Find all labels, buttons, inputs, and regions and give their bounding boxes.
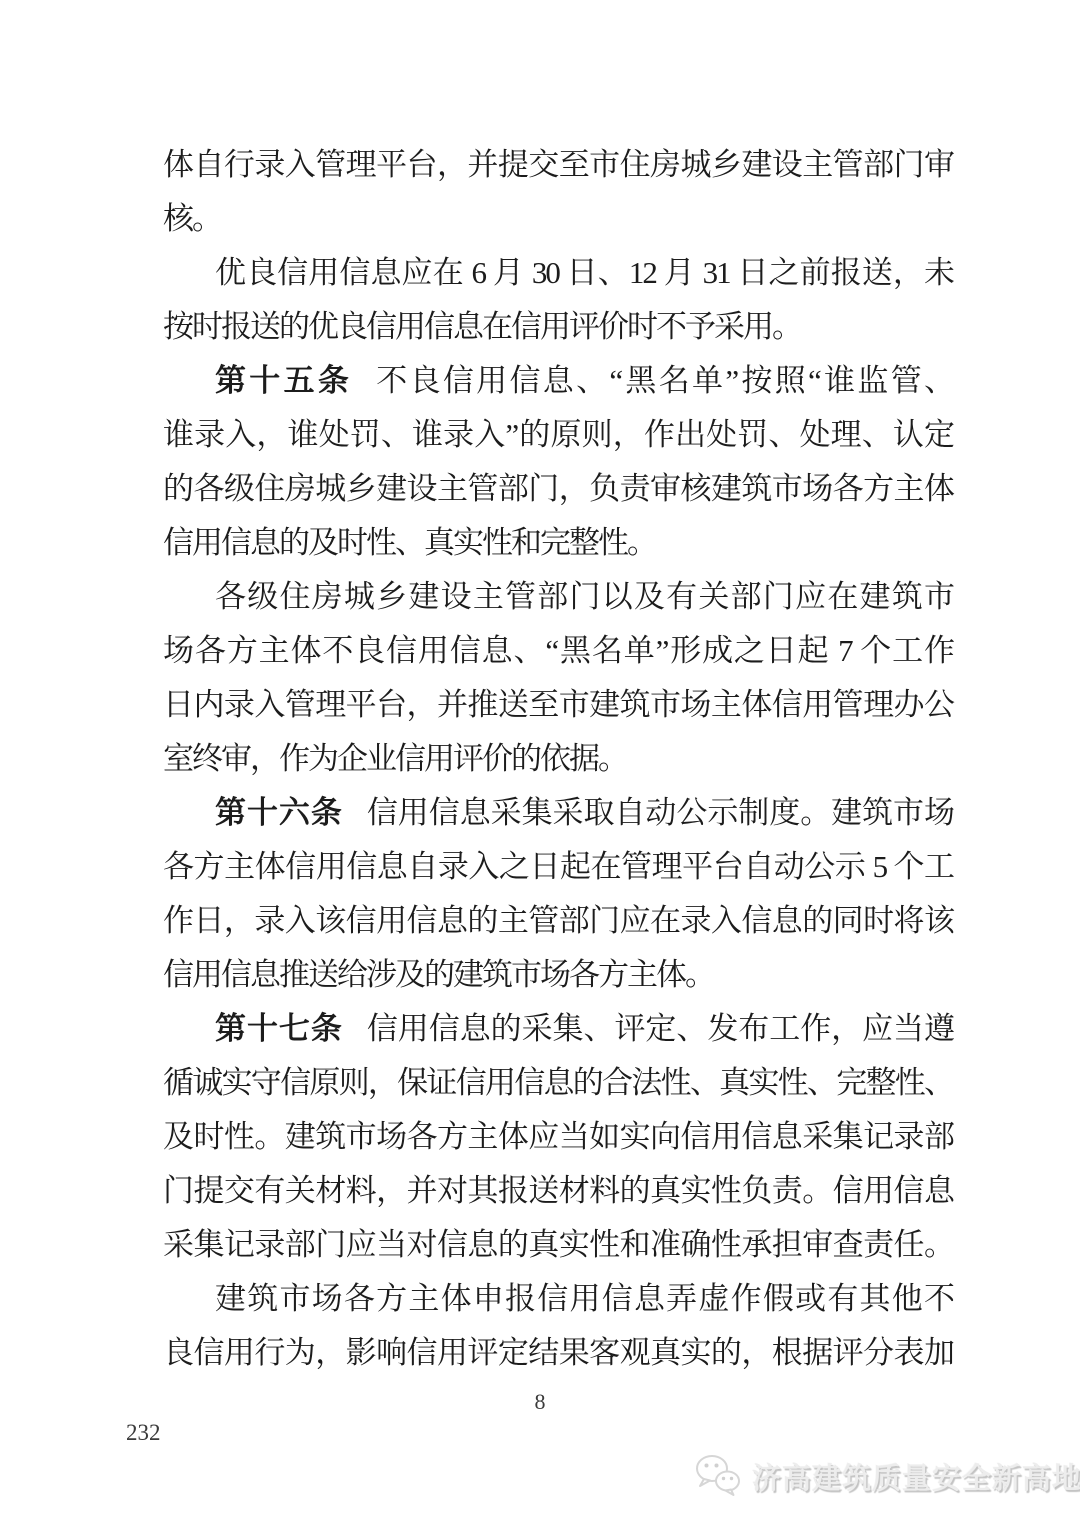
line-text: 信用信息推送给涉及的建筑市场各方主体。 (163, 957, 714, 992)
line-text: 核。 (163, 201, 221, 236)
line-text: 各方主体信用信息自录入之日起在管理平台自动公示 5 个工 (163, 849, 953, 884)
line-text: 门提交有关材料，并对其报送材料的真实性负责。信用信息 (163, 1173, 953, 1208)
line-text: 及时性。建筑市场各方主体应当如实向信用信息采集记录部 (163, 1119, 953, 1154)
text-line: 信用信息的及时性、真实性和完整性。 (163, 516, 953, 570)
watermark: 济高建筑质量安全新高地 (694, 1450, 1080, 1502)
line-text: 按时报送的优良信用信息在信用评价时不予采用。 (163, 309, 801, 344)
line-text: 室终审，作为企业信用评价的依据。 (163, 741, 627, 776)
text-line: 第十六条信用信息采集采取自动公示制度。建筑市场 (163, 786, 953, 840)
text-line: 信用信息推送给涉及的建筑市场各方主体。 (163, 948, 953, 1002)
text-line: 按时报送的优良信用信息在信用评价时不予采用。 (163, 300, 953, 354)
line-text: 不良信用信息、“黑名单”按照“谁监管、 (376, 363, 953, 398)
line-text: 场各方主体不良信用信息、“黑名单”形成之日起 7 个工作 (163, 633, 953, 668)
line-text: 循诚实守信原则，保证信用信息的合法性、真实性、完整性、 (163, 1065, 953, 1100)
article-heading: 第十五条 (215, 363, 352, 398)
line-text: 优良信用信息应在 6 月 30 日、12 月 31 日之前报送，未 (215, 255, 953, 290)
text-line: 第十七条信用信息的采集、评定、发布工作，应当遵 (163, 1002, 953, 1056)
text-line: 各级住房城乡建设主管部门以及有关部门应在建筑市 (163, 570, 953, 624)
line-text: 的各级住房城乡建设主管部门，负责审核建筑市场各方主体 (163, 471, 953, 506)
line-text: 谁录入，谁处罚、谁录入”的原则，作出处罚、处理、认定 (163, 417, 953, 452)
line-text: 作日，录入该信用信息的主管部门应在录入信息的同时将该 (163, 903, 953, 938)
text-line: 采集记录部门应当对信息的真实性和准确性承担审查责任。 (163, 1218, 953, 1272)
document-number: 232 (126, 1420, 161, 1446)
text-line: 场各方主体不良信用信息、“黑名单”形成之日起 7 个工作 (163, 624, 953, 678)
article-heading: 第十六条 (215, 795, 343, 830)
text-line: 作日，录入该信用信息的主管部门应在录入信息的同时将该 (163, 894, 953, 948)
line-text: 良信用行为，影响信用评定结果客观真实的，根据评分表加 (163, 1335, 953, 1370)
text-line: 体自行录入管理平台，并提交至市住房城乡建设主管部门审 (163, 138, 953, 192)
line-text: 体自行录入管理平台，并提交至市住房城乡建设主管部门审 (163, 147, 953, 182)
text-line: 第十五条不良信用信息、“黑名单”按照“谁监管、 (163, 354, 953, 408)
line-text: 各级住房城乡建设主管部门以及有关部门应在建筑市 (215, 579, 953, 614)
watermark-text: 济高建筑质量安全新高地 (752, 1456, 1080, 1497)
text-line: 各方主体信用信息自录入之日起在管理平台自动公示 5 个工 (163, 840, 953, 894)
line-text: 日内录入管理平台，并推送至市建筑市场主体信用管理办公 (163, 687, 953, 722)
text-line: 的各级住房城乡建设主管部门，负责审核建筑市场各方主体 (163, 462, 953, 516)
text-line: 建筑市场各方主体申报信用信息弄虚作假或有其他不 (163, 1272, 953, 1326)
text-line: 室终审，作为企业信用评价的依据。 (163, 732, 953, 786)
text-line: 日内录入管理平台，并推送至市建筑市场主体信用管理办公 (163, 678, 953, 732)
text-line: 优良信用信息应在 6 月 30 日、12 月 31 日之前报送，未 (163, 246, 953, 300)
article-heading: 第十七条 (215, 1011, 343, 1046)
wechat-icon (694, 1453, 744, 1499)
document-body: 体自行录入管理平台，并提交至市住房城乡建设主管部门审核。优良信用信息应在 6 月… (163, 138, 953, 1380)
page-number: 8 (0, 1389, 1080, 1415)
text-line: 谁录入，谁处罚、谁录入”的原则，作出处罚、处理、认定 (163, 408, 953, 462)
text-line: 核。 (163, 192, 953, 246)
document-page: 体自行录入管理平台，并提交至市住房城乡建设主管部门审核。优良信用信息应在 6 月… (0, 0, 1080, 1527)
text-line: 良信用行为，影响信用评定结果客观真实的，根据评分表加 (163, 1326, 953, 1380)
line-text: 信用信息采集采取自动公示制度。建筑市场 (367, 795, 953, 830)
line-text: 建筑市场各方主体申报信用信息弄虚作假或有其他不 (215, 1281, 953, 1316)
line-text: 采集记录部门应当对信息的真实性和准确性承担审查责任。 (163, 1227, 953, 1262)
text-line: 循诚实守信原则，保证信用信息的合法性、真实性、完整性、 (163, 1056, 953, 1110)
line-text: 信用信息的采集、评定、发布工作，应当遵 (367, 1011, 953, 1046)
text-line: 及时性。建筑市场各方主体应当如实向信用信息采集记录部 (163, 1110, 953, 1164)
line-text: 信用信息的及时性、真实性和完整性。 (163, 525, 656, 560)
text-line: 门提交有关材料，并对其报送材料的真实性负责。信用信息 (163, 1164, 953, 1218)
